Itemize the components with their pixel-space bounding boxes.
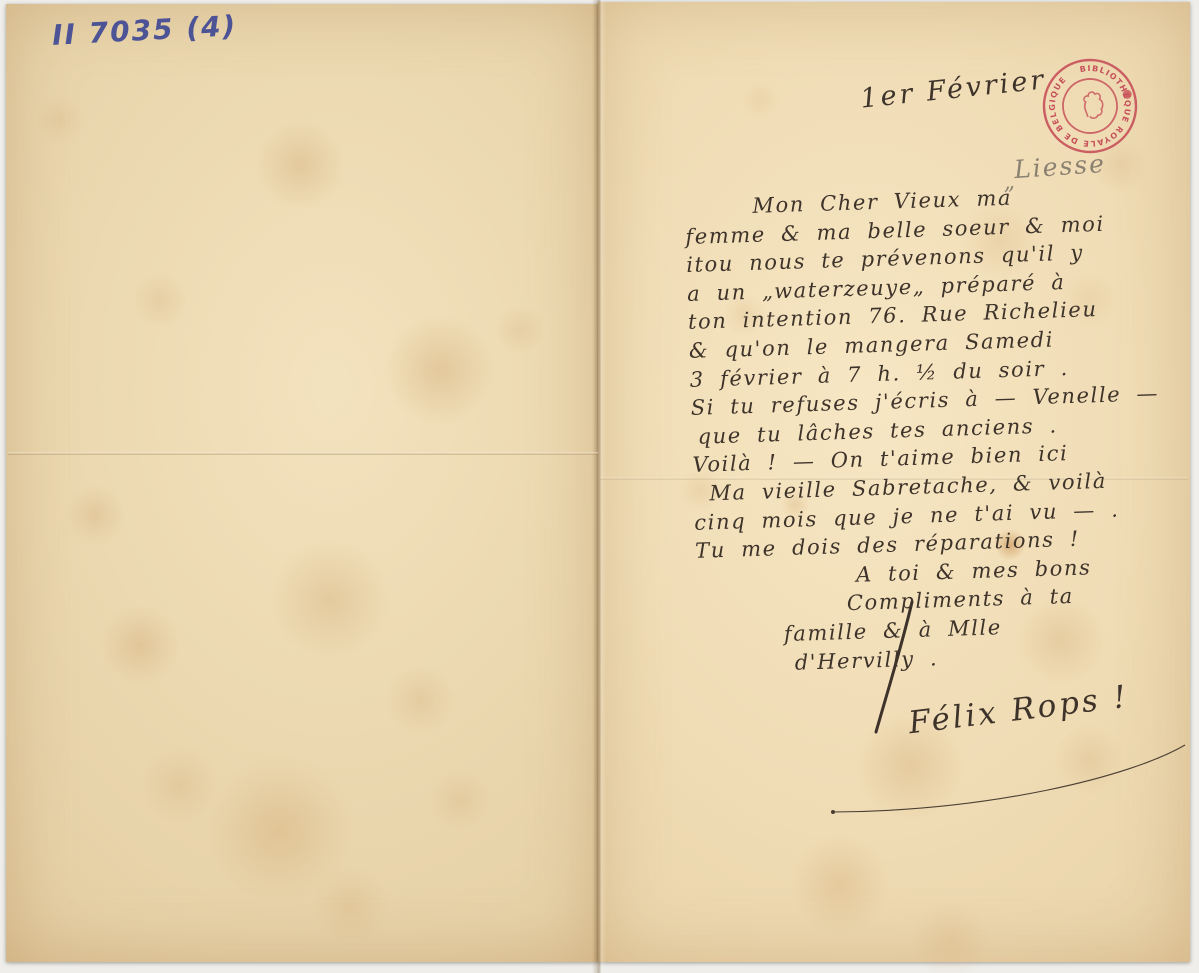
stain [270,540,390,660]
stain [310,865,390,945]
stain [385,665,455,735]
stain [35,95,85,145]
stamp-text: BIBLIOTHÈQUE ROYALE DE BELGIQUE [1038,53,1144,158]
svg-text:BIBLIOTHÈQUE ROYALE DE BELGIQU: BIBLIOTHÈQUE ROYALE DE BELGIQUE [1038,53,1144,158]
stain [428,768,492,832]
stain [740,80,780,120]
fold-crease-left [8,452,598,455]
stamp-emblem-lion [1081,90,1106,120]
stain [910,900,990,973]
stain [100,605,180,685]
stain [140,745,220,825]
stain [495,305,545,355]
stain [132,272,188,328]
letter-scan: II 7035 (4) BIBLIOTHÈQUE ROYALE DE BELGI… [0,0,1199,973]
stain [255,120,345,210]
stain [65,485,125,545]
center-fold-seam [592,0,606,973]
stain [385,315,495,425]
